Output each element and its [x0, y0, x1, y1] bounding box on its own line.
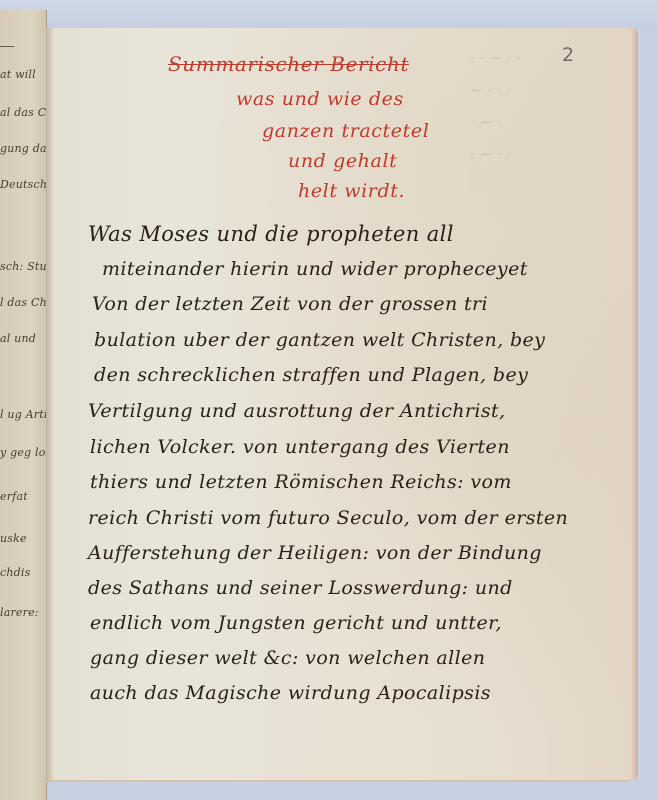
left-fragment: y geg los	[0, 446, 47, 459]
body-line: Aufferstehung der Heiligen: von der Bind…	[88, 542, 542, 564]
left-fragment: uske	[0, 532, 27, 545]
rubric-line: Summarischer Bericht	[168, 52, 409, 76]
body-line: miteinander hierin und wider propheceyet	[102, 258, 528, 280]
left-fragment: al das Ch	[0, 106, 47, 119]
body-line: den schrecklichen straffen und Plagen, b…	[94, 364, 528, 386]
left-fragment: chdis	[0, 566, 30, 579]
body-line: Von der letzten Zeit von der grossen tri	[92, 293, 488, 315]
rubric-line: ganzen tractetel	[262, 120, 429, 142]
left-fragment: al und	[0, 332, 36, 345]
body-line: lichen Volcker. von untergang des Vierte…	[90, 436, 510, 458]
body-line: gang dieser welt &c: von welchen allen	[90, 647, 485, 669]
gutter-shadow	[46, 28, 54, 780]
body-line: thiers und letzten Römischen Reichs: vom	[90, 471, 512, 493]
body-line: endlich vom Jungsten gericht und untter,	[90, 612, 502, 634]
folio-number: 2	[562, 44, 574, 66]
left-fragment: at will	[0, 68, 36, 81]
body-line: reich Christi vom futuro Seculo, vom der…	[88, 507, 568, 529]
left-fragment: l ug Arti	[0, 408, 47, 421]
left-fragment: Deutsch	[0, 178, 47, 191]
left-fragment: erfat	[0, 490, 28, 503]
body-line: Was Moses und die propheten all	[88, 222, 454, 246]
rubric-line: und gehalt	[288, 150, 397, 172]
left-page-rule	[0, 46, 14, 47]
left-facing-page: at will al das Ch gung das Deutsch sch: …	[0, 10, 47, 800]
body-line: Vertilgung und ausrottung der Antichrist…	[88, 400, 505, 422]
rubric-line: helt wirdt.	[298, 180, 405, 202]
left-fragment: l das Ch	[0, 296, 47, 309]
background	[0, 0, 657, 30]
rubric-line: was und wie des	[236, 88, 404, 110]
left-fragment: gung das	[0, 142, 47, 155]
left-fragment: larere:	[0, 606, 39, 619]
body-line: auch das Magische wirdung Apocalipsis	[90, 682, 491, 704]
left-fragment: sch: Stund	[0, 260, 47, 273]
body-line: bulation uber der gantzen welt Christen,…	[94, 329, 545, 351]
body-line: des Sathans und seiner Losswerdung: und	[88, 577, 513, 599]
